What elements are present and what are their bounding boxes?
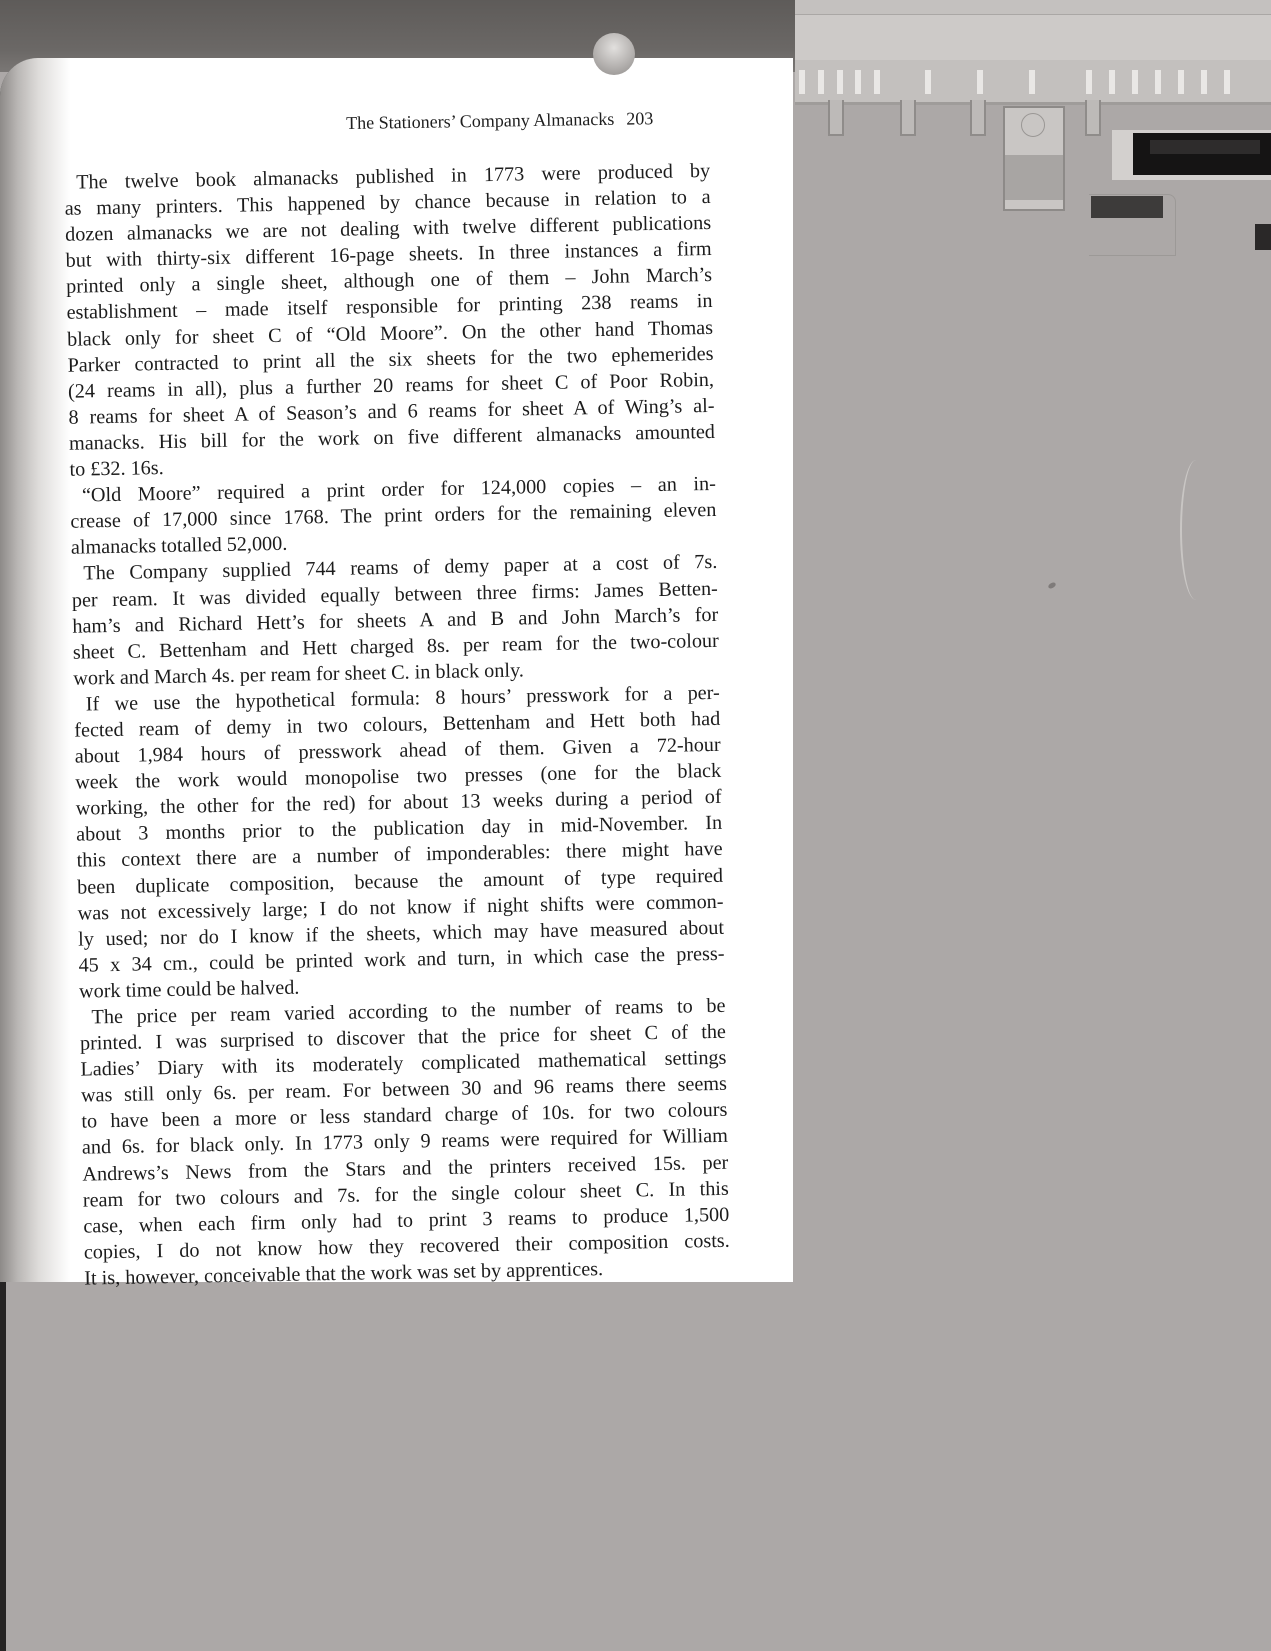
comb-tooth [818,70,824,94]
scanner-edge-block [1255,224,1271,250]
scanner-rail-top [795,0,1271,15]
scanner-clip [900,100,916,136]
comb-tooth [1178,70,1184,94]
latch-circle-icon [1021,113,1045,137]
paragraph: “Old Moore” required a print order for 1… [58,471,717,561]
running-header-title: The Stationers’ Company Almanacks [346,109,614,133]
paragraph: The price per ream varied according to t… [67,993,730,1292]
page-number: 203 [626,108,653,128]
comb-tooth [1109,70,1115,94]
comb-tooth [925,70,931,94]
comb-tooth [1155,70,1161,94]
comb-tooth [1224,70,1230,94]
scanner-clip [1085,100,1101,136]
scanner-clip [828,100,844,136]
comb-tooth [1132,70,1138,94]
comb-tooth [1201,70,1207,94]
comb-tooth [874,70,880,94]
comb-tooth [855,70,861,94]
comb-tooth [1029,70,1035,94]
comb-tooth [1086,70,1092,94]
punch-hole [593,33,635,75]
paragraph: The Company supplied 744 reams of demy p… [59,549,719,692]
paragraph: If we use the hypothetical formula: 8 ho… [62,680,726,1005]
comb-tooth [837,70,843,94]
comb-tooth [799,70,805,94]
scanner-roller-inner [1150,140,1260,154]
latch-slot [1005,155,1063,200]
scanner-clip [970,100,986,136]
comb-tooth [977,70,983,94]
scanner-slot [1091,196,1163,218]
paragraph: The twelve book almanacks published in 1… [52,158,716,483]
body-text: The twelve book almanacks published in 1… [52,158,730,1292]
scanner-crease [1180,460,1212,600]
page-left-edge [0,1282,6,1651]
